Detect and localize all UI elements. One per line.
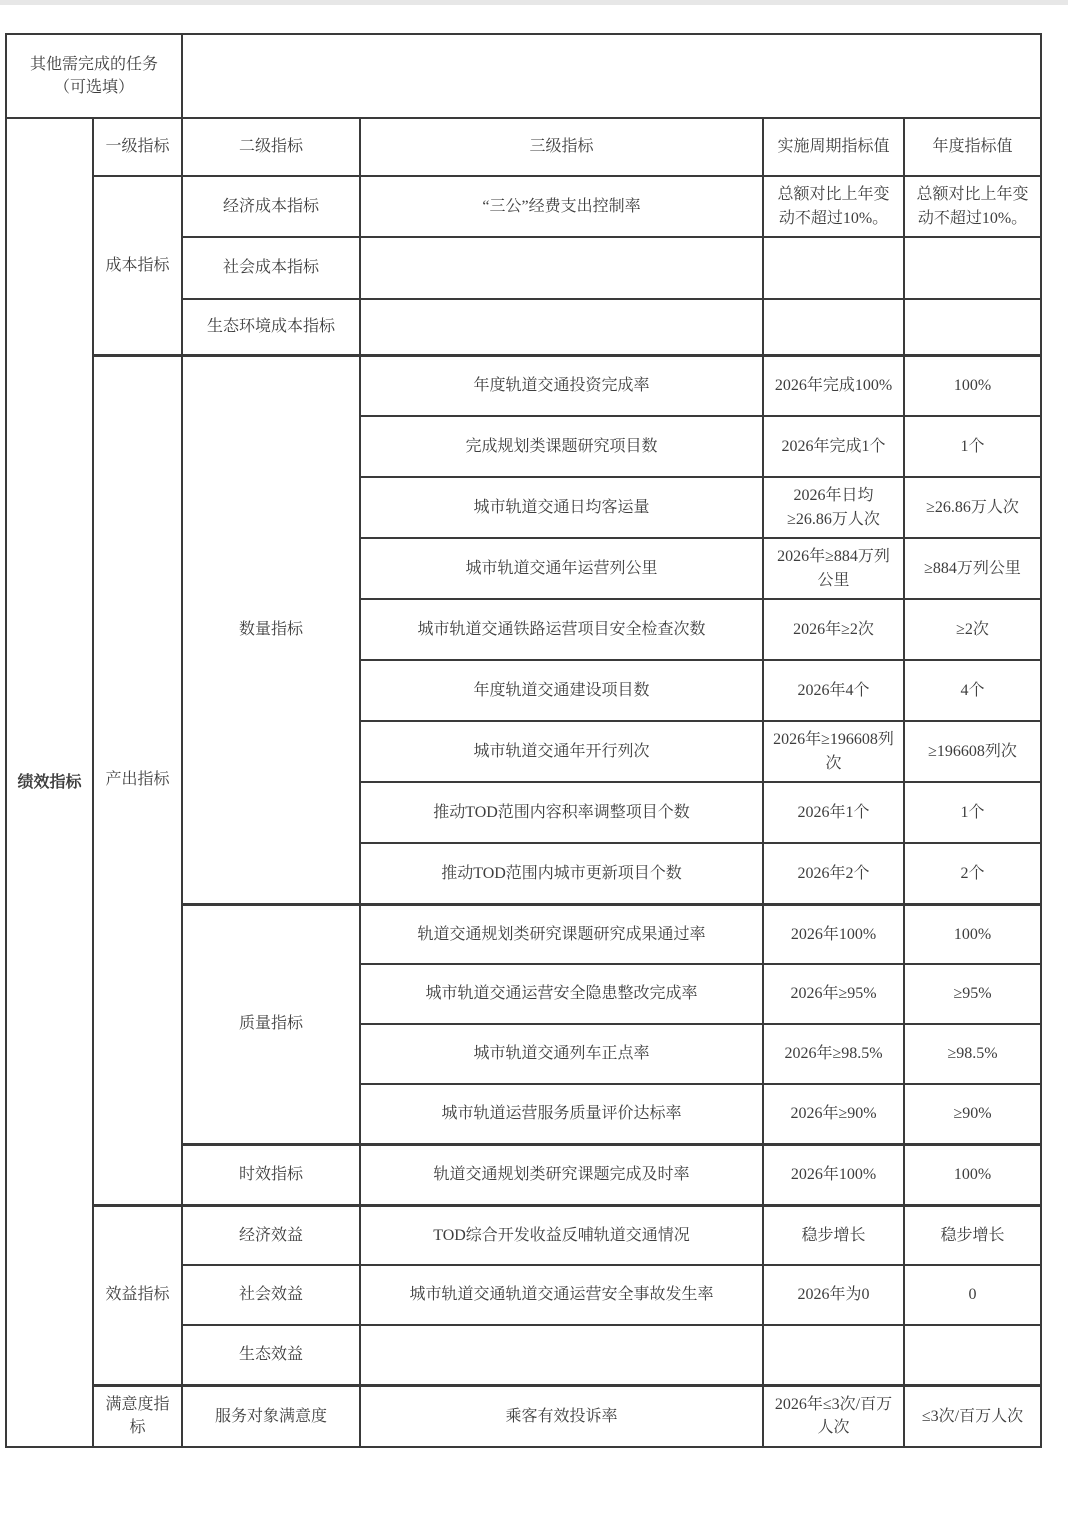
performance-indicator-table: 其他需完成的任务（可选填） 绩效指标 一级指标 二级指标 三级指标 实施周期指标… [5,33,1042,1448]
annual-value-cell [904,237,1041,299]
annual-value-cell: ≥90% [904,1084,1041,1144]
level2-cell: 经济效益 [182,1205,360,1265]
level2-cell: 社会成本指标 [182,237,360,299]
table-row: 效益指标 经济效益 TOD综合开发收益反哺轨道交通情况 稳步增长 稳步增长 [6,1205,1041,1265]
period-value-cell: 2026年≥2次 [763,599,904,660]
level3-cell: “三公”经费支出控制率 [360,176,763,237]
annual-value-cell: 1个 [904,782,1041,843]
level1-cell: 满意度指标 [93,1385,182,1447]
level3-cell [360,1325,763,1385]
annual-value-cell [904,1325,1041,1385]
level2-cell: 社会效益 [182,1265,360,1325]
period-value-cell: 2026年完成1个 [763,416,904,477]
annual-value-cell: ≥26.86万人次 [904,477,1041,538]
table-row: 成本指标 经济成本指标 “三公”经费支出控制率 总额对比上年变动不超过10%。 … [6,176,1041,237]
level2-cell: 数量指标 [182,355,360,904]
annual-value-cell: 1个 [904,416,1041,477]
period-value-cell [763,299,904,355]
period-value-cell: 稳步增长 [763,1205,904,1265]
document-page: 其他需完成的任务（可选填） 绩效指标 一级指标 二级指标 三级指标 实施周期指标… [0,0,1068,1535]
annual-value-cell: ≥95% [904,964,1041,1024]
annual-value-cell: 100% [904,355,1041,416]
level3-cell: 城市轨道交通列车正点率 [360,1024,763,1084]
level3-cell: 轨道交通规划类研究课题研究成果通过率 [360,904,763,964]
level3-cell [360,237,763,299]
table-row: 满意度指标 服务对象满意度 乘客有效投诉率 2026年≤3次/百万人次 ≤3次/… [6,1385,1041,1447]
annual-value-cell: 100% [904,1144,1041,1205]
level3-cell: 城市轨道交通年运营列公里 [360,538,763,599]
period-value-cell [763,237,904,299]
table-row: 产出指标 数量指标 年度轨道交通投资完成率 2026年完成100% 100% [6,355,1041,416]
period-value-cell: 总额对比上年变动不超过10%。 [763,176,904,237]
level2-cell: 生态环境成本指标 [182,299,360,355]
annual-value-cell: 4个 [904,660,1041,721]
period-value-cell: 2026年≥884万列公里 [763,538,904,599]
level2-cell: 时效指标 [182,1144,360,1205]
annual-value-cell: 100% [904,904,1041,964]
period-value-cell: 2026年1个 [763,782,904,843]
table-row-other-tasks: 其他需完成的任务（可选填） [6,34,1041,118]
annual-value-cell: 0 [904,1265,1041,1325]
header-annual-value: 年度指标值 [904,118,1041,176]
level3-cell: 城市轨道交通铁路运营项目安全检查次数 [360,599,763,660]
level1-cell: 效益指标 [93,1205,182,1385]
period-value-cell: 2026年为0 [763,1265,904,1325]
level1-cell: 成本指标 [93,176,182,355]
level3-cell: 城市轨道交通日均客运量 [360,477,763,538]
table-header-row: 绩效指标 一级指标 二级指标 三级指标 实施周期指标值 年度指标值 [6,118,1041,176]
annual-value-cell [904,299,1041,355]
other-tasks-value [182,34,1041,118]
period-value-cell: 2026年2个 [763,843,904,904]
period-value-cell: 2026年100% [763,1144,904,1205]
level3-cell: 城市轨道运营服务质量评价达标率 [360,1084,763,1144]
annual-value-cell: ≤3次/百万人次 [904,1385,1041,1447]
period-value-cell: 2026年4个 [763,660,904,721]
level3-cell: 乘客有效投诉率 [360,1385,763,1447]
annual-value-cell: 稳步增长 [904,1205,1041,1265]
level2-cell: 经济成本指标 [182,176,360,237]
level3-cell: 推动TOD范围内城市更新项目个数 [360,843,763,904]
header-period-value: 实施周期指标值 [763,118,904,176]
annual-value-cell: ≥98.5% [904,1024,1041,1084]
header-level2: 二级指标 [182,118,360,176]
level3-cell: 年度轨道交通建设项目数 [360,660,763,721]
level1-cell: 产出指标 [93,355,182,1205]
annual-value-cell: 总额对比上年变动不超过10%。 [904,176,1041,237]
level3-cell: 推动TOD范围内容积率调整项目个数 [360,782,763,843]
level2-cell: 服务对象满意度 [182,1385,360,1447]
annual-value-cell: ≥884万列公里 [904,538,1041,599]
header-level3: 三级指标 [360,118,763,176]
period-value-cell: 2026年≥196608列次 [763,721,904,782]
level3-cell: 完成规划类课题研究项目数 [360,416,763,477]
period-value-cell: 2026年≥90% [763,1084,904,1144]
level3-cell: 年度轨道交通投资完成率 [360,355,763,416]
level3-cell [360,299,763,355]
period-value-cell: 2026年完成100% [763,355,904,416]
annual-value-cell: ≥196608列次 [904,721,1041,782]
level2-cell: 质量指标 [182,904,360,1144]
period-value-cell: 2026年≤3次/百万人次 [763,1385,904,1447]
level3-cell: 轨道交通规划类研究课题完成及时率 [360,1144,763,1205]
period-value-cell: 2026年日均≥26.86万人次 [763,477,904,538]
period-value-cell: 2026年≥98.5% [763,1024,904,1084]
other-tasks-label: 其他需完成的任务（可选填） [6,34,182,118]
period-value-cell [763,1325,904,1385]
level3-cell: TOD综合开发收益反哺轨道交通情况 [360,1205,763,1265]
level2-cell: 生态效益 [182,1325,360,1385]
header-level1: 一级指标 [93,118,182,176]
period-value-cell: 2026年≥95% [763,964,904,1024]
root-indicator-cell: 绩效指标 [6,118,93,1447]
annual-value-cell: 2个 [904,843,1041,904]
level3-cell: 城市轨道交通年开行列次 [360,721,763,782]
level3-cell: 城市轨道交通运营安全隐患整改完成率 [360,964,763,1024]
period-value-cell: 2026年100% [763,904,904,964]
annual-value-cell: ≥2次 [904,599,1041,660]
level3-cell: 城市轨道交通轨道交通运营安全事故发生率 [360,1265,763,1325]
page-top-strip [0,0,1068,5]
